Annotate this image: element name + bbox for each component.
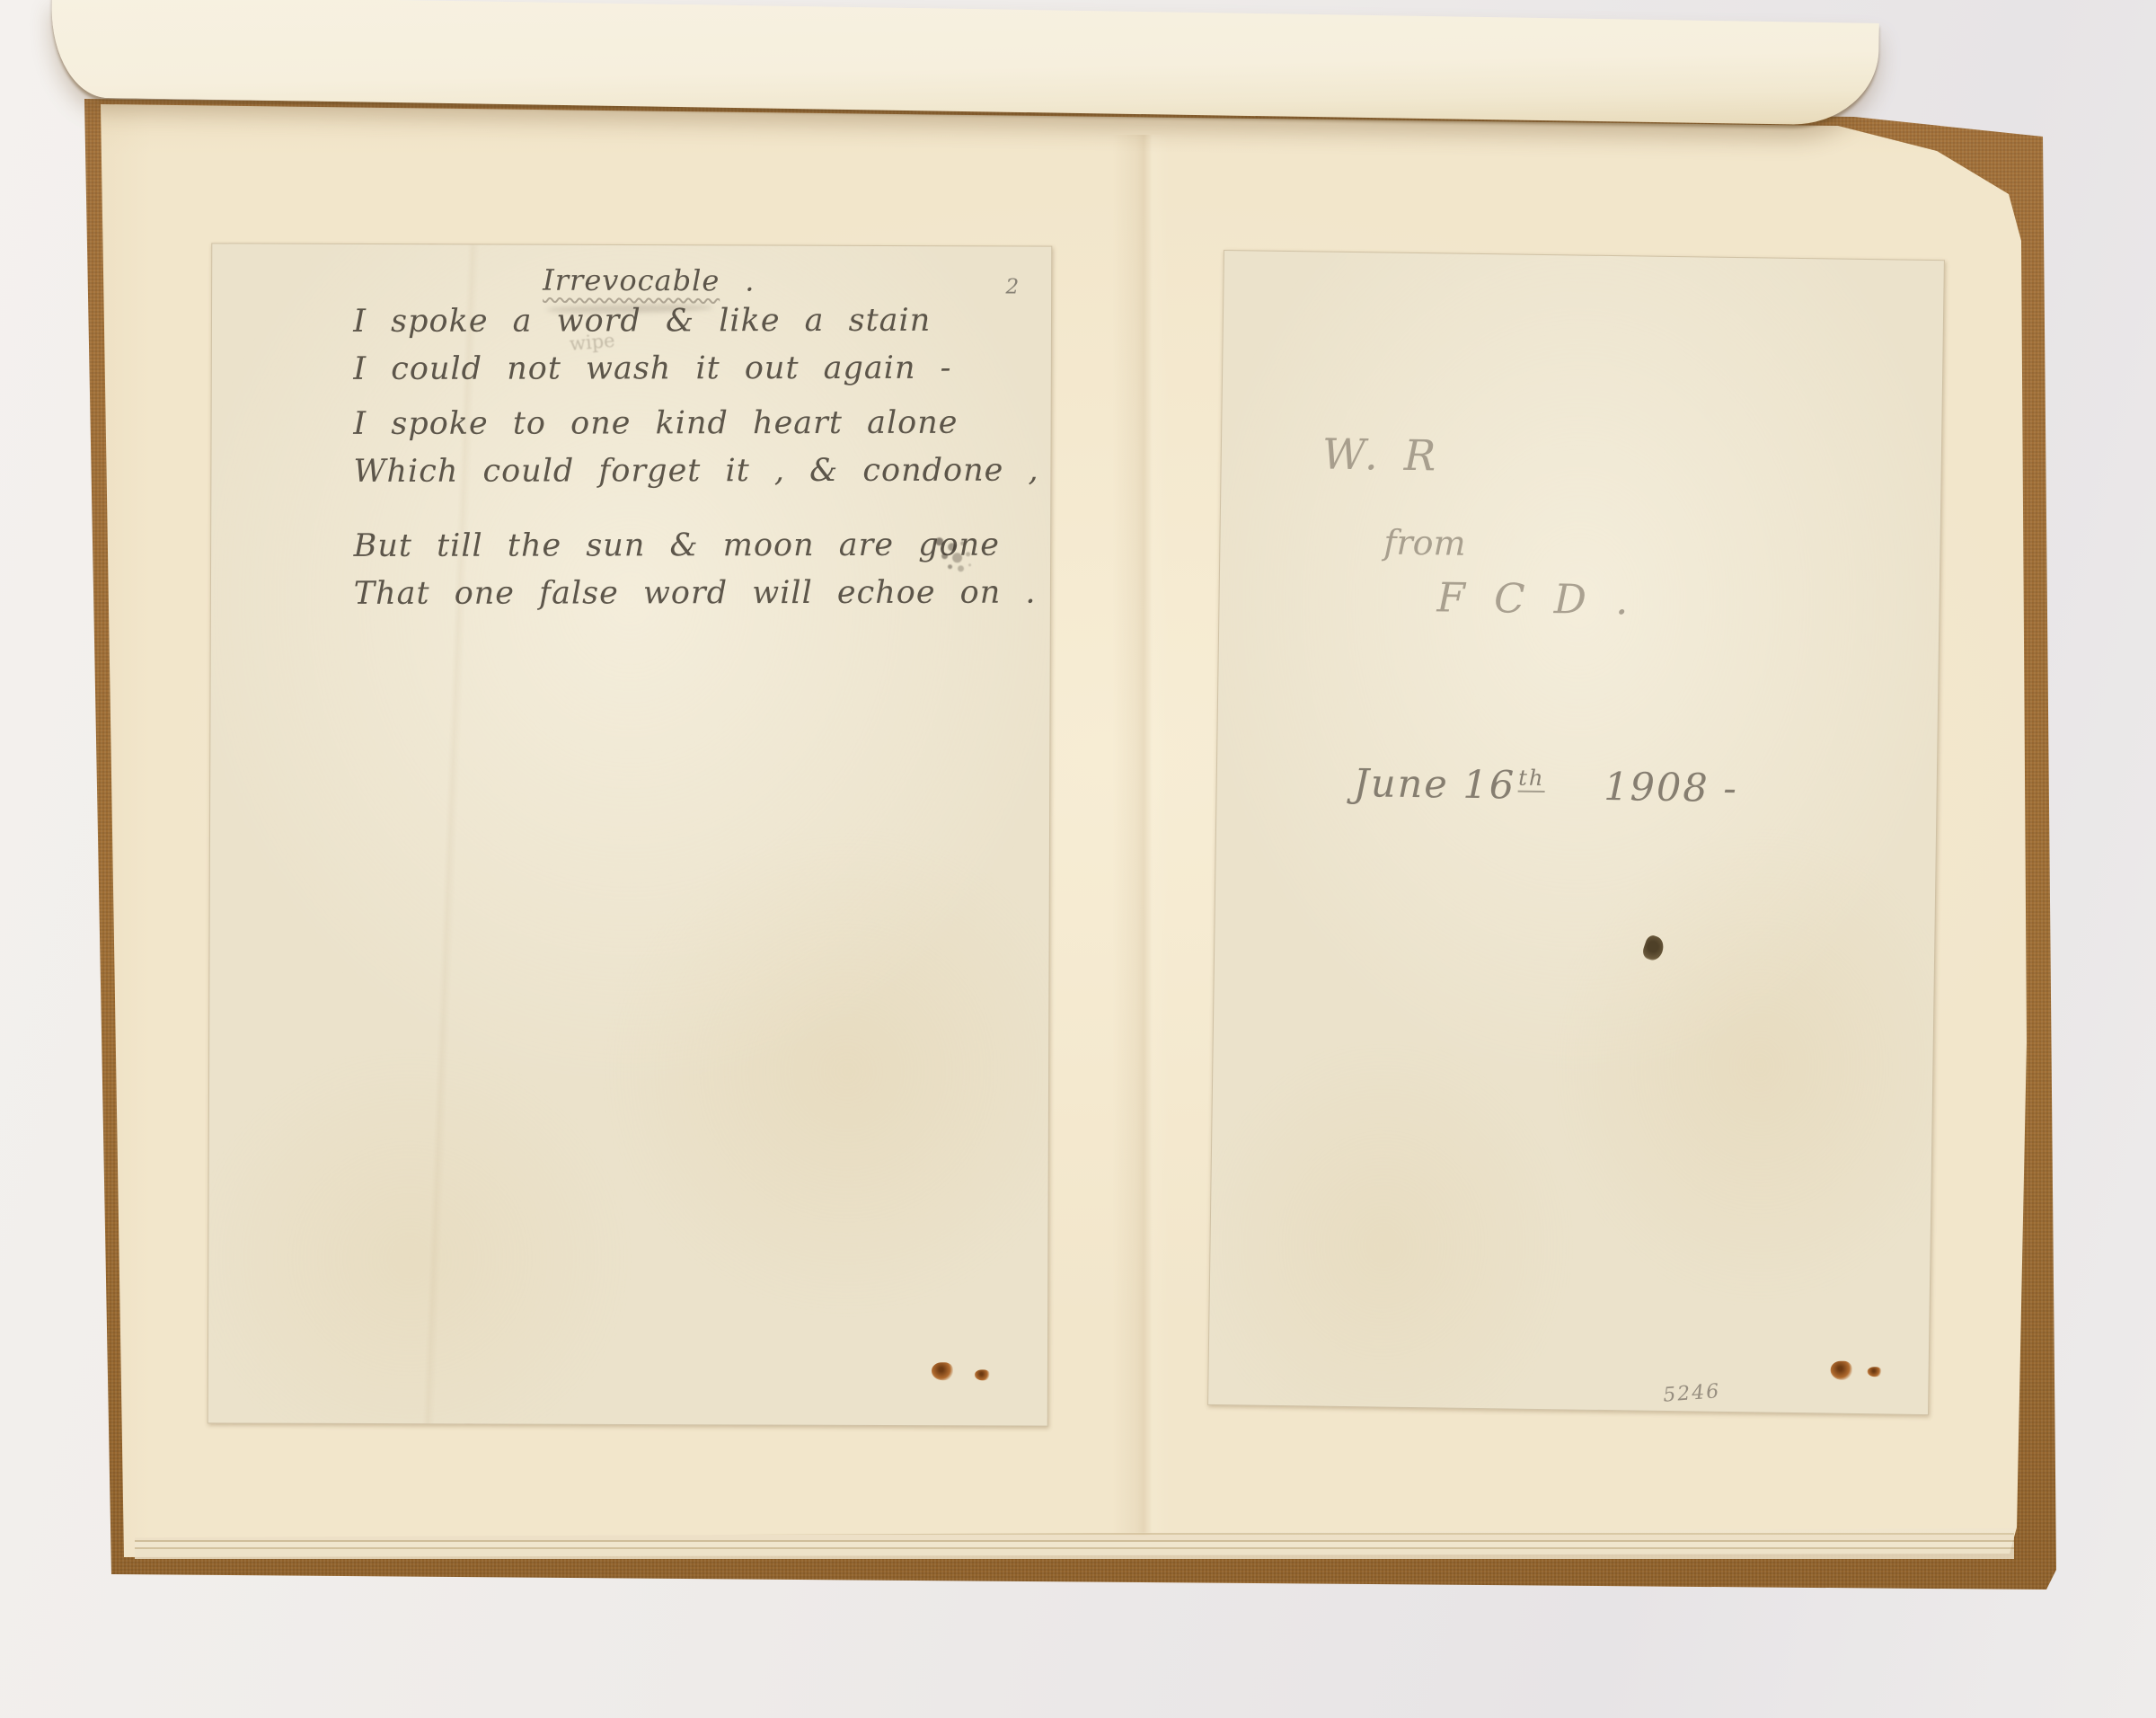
poem-line: That one false word will echoe on . — [354, 570, 1039, 618]
poem-line: Which could forget it , & condone , — [353, 447, 1038, 496]
poem-line: I could not wash it out again - — [353, 345, 1038, 394]
manuscript-sheet-right: W. R from F C D . June 16th1908 - 5246 — [1207, 250, 1945, 1415]
rust-spot — [1868, 1367, 1882, 1377]
date-main: June 16 — [1353, 761, 1515, 809]
rust-spot — [975, 1369, 990, 1380]
date-superscript: th — [1518, 765, 1545, 792]
inscription-recipient: W. R — [1321, 430, 1442, 482]
inscription-sender: F C D . — [1436, 573, 1637, 624]
rust-spot — [932, 1362, 953, 1380]
title-period: . — [745, 263, 755, 297]
poem-stanza: But till the sun & moon are gone That on… — [354, 522, 1039, 618]
page-crease — [1112, 135, 1170, 1536]
poem-line: But till the sun & moon are gone — [354, 522, 1039, 571]
inscription-from-word: from — [1383, 523, 1466, 563]
poem-title-row: Irrevocable. — [543, 263, 755, 298]
date-year: 1908 - — [1604, 765, 1738, 811]
poem-line: I spoke a word & like a stain — [353, 297, 1038, 346]
open-album-photo: Irrevocable. 2 wipe I spoke a word & lik… — [0, 0, 2156, 1718]
poem-line: I spoke to one kind heart alone — [353, 400, 1038, 448]
poem-text: I spoke a word & like a stain I could no… — [353, 297, 1039, 618]
paper-fleck — [1640, 934, 1666, 962]
inscription-date: June 16th1908 - — [1353, 761, 1738, 811]
rust-spot — [1831, 1361, 1852, 1380]
poem-stanza: I spoke a word & like a stain I could no… — [353, 297, 1038, 394]
manuscript-sheet-left: Irrevocable. 2 wipe I spoke a word & lik… — [208, 243, 1053, 1426]
ink-blot — [935, 537, 943, 545]
page-number: 2 — [1005, 275, 1019, 298]
catalog-number: 5246 — [1662, 1380, 1721, 1407]
poem-title: Irrevocable — [543, 263, 720, 298]
poem-stanza: I spoke to one kind heart alone Which co… — [353, 400, 1038, 496]
